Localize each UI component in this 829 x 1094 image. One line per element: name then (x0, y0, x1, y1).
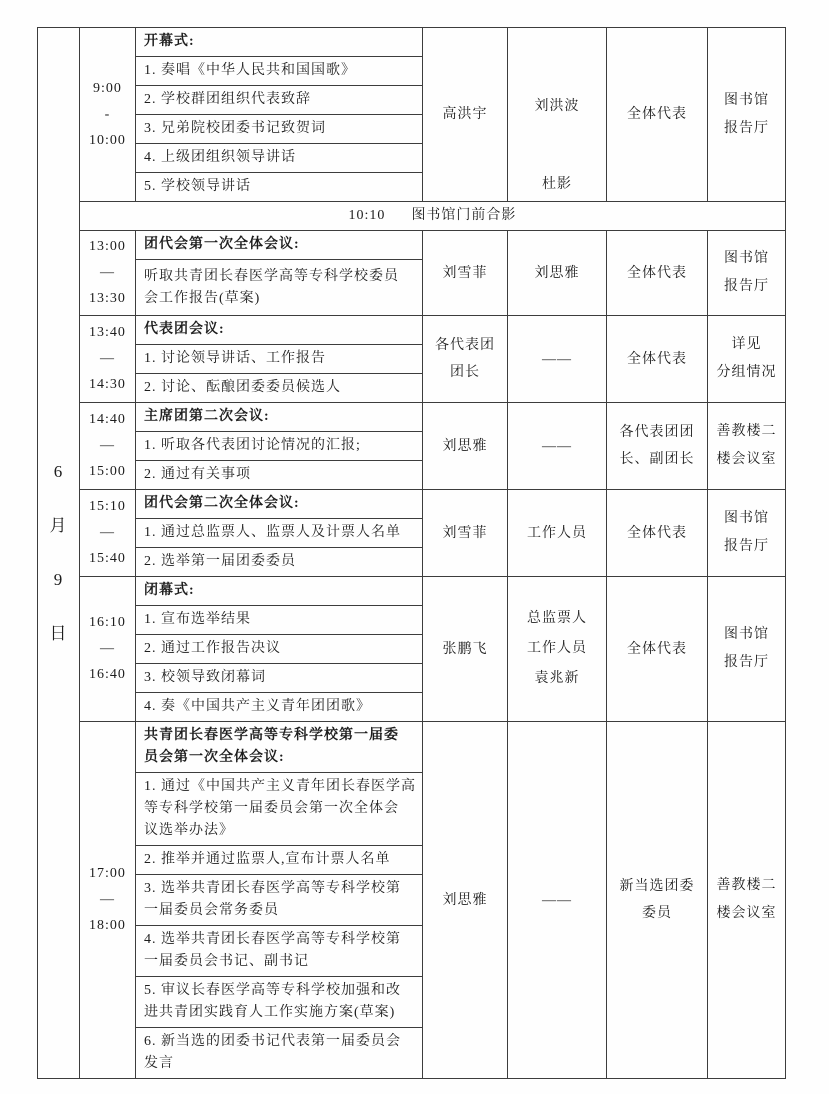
agenda-item: 2. 选举第一届团委委员 (136, 548, 423, 577)
agenda-item: 听取共青团长春医学高等专科学校委员 会工作报告(草案) (136, 260, 423, 316)
host-cell: 高洪宇 (423, 28, 508, 202)
agenda-title: 代表团会议: (136, 316, 423, 345)
agenda-item: 2. 通过工作报告决议 (136, 635, 423, 664)
location-cell: 图书馆 报告厅 (708, 577, 786, 722)
attendees-cell: 全体代表 (607, 490, 708, 577)
time-cell-opening: 9:00 - 10:00 (80, 28, 136, 202)
agenda-item: 6. 新当选的团委书记代表第一届委员会 发言 (136, 1028, 423, 1079)
presenter-cell: —— (508, 403, 607, 490)
date-cell: 6 月 9 日 (38, 28, 80, 1079)
photo-row-cell: 10:10图书馆门前合影 (80, 202, 786, 231)
host-cell: 刘雪菲 (423, 231, 508, 316)
agenda-item: 4. 选举共青团长春医学高等专科学校第 一届委员会书记、副书记 (136, 926, 423, 977)
attendees-cell: 全体代表 (607, 316, 708, 403)
location-cell: 善教楼二 楼会议室 (708, 403, 786, 490)
time-cell: 16:10 — 16:40 (80, 577, 136, 722)
agenda-title: 团代会第二次全体会议: (136, 490, 423, 519)
time-cell: 13:40 — 14:30 (80, 316, 136, 403)
agenda-item: 1. 宣布选举结果 (136, 606, 423, 635)
presenter-cell: 刘思雅 (508, 231, 607, 316)
agenda-item: 1. 听取各代表团讨论情况的汇报; (136, 432, 423, 461)
agenda-item: 3. 选举共青团长春医学高等专科学校第 一届委员会常务委员 (136, 875, 423, 926)
location-cell: 图书馆 报告厅 (708, 231, 786, 316)
agenda-item: 2. 推举并通过监票人,宣布计票人名单 (136, 846, 423, 875)
host-cell: 张鹏飞 (423, 577, 508, 722)
agenda-item: 1. 讨论领导讲话、工作报告 (136, 345, 423, 374)
time-cell: 14:40 — 15:00 (80, 403, 136, 490)
agenda-item: 2. 通过有关事项 (136, 461, 423, 490)
attendees-cell: 全体代表 (607, 28, 708, 202)
agenda-item: 1. 通过《中国共产主义青年团长春医学高 等专科学校第一届委员会第一次全体会 议… (136, 773, 423, 846)
presenter-cell: —— (508, 316, 607, 403)
attendees-cell: 全体代表 (607, 231, 708, 316)
agenda-item: 5. 审议长春医学高等专科学校加强和改 进共青团实践育人工作实施方案(草案) (136, 977, 423, 1028)
host-cell: 刘思雅 (423, 403, 508, 490)
agenda-schedule-table: 6 月 9 日 9:00 - 10:00 开幕式: 高洪宇 刘洪波 杜影 全体代… (37, 27, 786, 1079)
photo-time: 10:10 (349, 205, 386, 227)
agenda-title: 共青团长春医学高等专科学校第一届委 员会第一次全体会议: (136, 722, 423, 773)
location-cell: 图书馆 报告厅 (708, 490, 786, 577)
agenda-item: 3. 校领导致闭幕词 (136, 664, 423, 693)
agenda-item: 4. 奏《中国共产主义青年团团歌》 (136, 693, 423, 722)
agenda-item: 4. 上级团组织领导讲话 (136, 144, 423, 173)
time-cell: 13:00 — 13:30 (80, 231, 136, 316)
agenda-title-opening: 开幕式: (136, 28, 423, 57)
agenda-item: 2. 学校群团组织代表致辞 (136, 86, 423, 115)
location-cell: 图书馆 报告厅 (708, 28, 786, 202)
agenda-title: 团代会第一次全体会议: (136, 231, 423, 260)
location-cell: 善教楼二 楼会议室 (708, 722, 786, 1079)
agenda-item: 1. 奏唱《中华人民共和国国歌》 (136, 57, 423, 86)
photo-label: 图书馆门前合影 (411, 208, 516, 223)
presenter-cell: 刘洪波 杜影 (508, 28, 607, 202)
host-cell: 刘雪菲 (423, 490, 508, 577)
attendees-cell: 全体代表 (607, 577, 708, 722)
host-cell: 各代表团 团长 (423, 316, 508, 403)
time-cell: 15:10 — 15:40 (80, 490, 136, 577)
attendees-cell: 各代表团团 长、副团长 (607, 403, 708, 490)
presenter-cell: 工作人员 (508, 490, 607, 577)
presenter-name: 刘洪波 (508, 96, 606, 118)
agenda-title: 主席团第二次会议: (136, 403, 423, 432)
attendees-cell: 新当选团委 委员 (607, 722, 708, 1079)
agenda-item: 1. 通过总监票人、监票人及计票人名单 (136, 519, 423, 548)
agenda-item: 3. 兄弟院校团委书记致贺词 (136, 115, 423, 144)
time-cell: 17:00 — 18:00 (80, 722, 136, 1079)
host-cell: 刘思雅 (423, 722, 508, 1079)
agenda-item: 5. 学校领导讲话 (136, 173, 423, 202)
presenter-name-secondary: 杜影 (508, 174, 606, 196)
agenda-item: 2. 讨论、酝酿团委委员候选人 (136, 374, 423, 403)
location-cell: 详见 分组情况 (708, 316, 786, 403)
agenda-title: 闭幕式: (136, 577, 423, 606)
presenter-cell: 总监票人 工作人员 袁兆新 (508, 577, 607, 722)
presenter-cell: —— (508, 722, 607, 1079)
document-page: 6 月 9 日 9:00 - 10:00 开幕式: 高洪宇 刘洪波 杜影 全体代… (0, 0, 829, 1094)
